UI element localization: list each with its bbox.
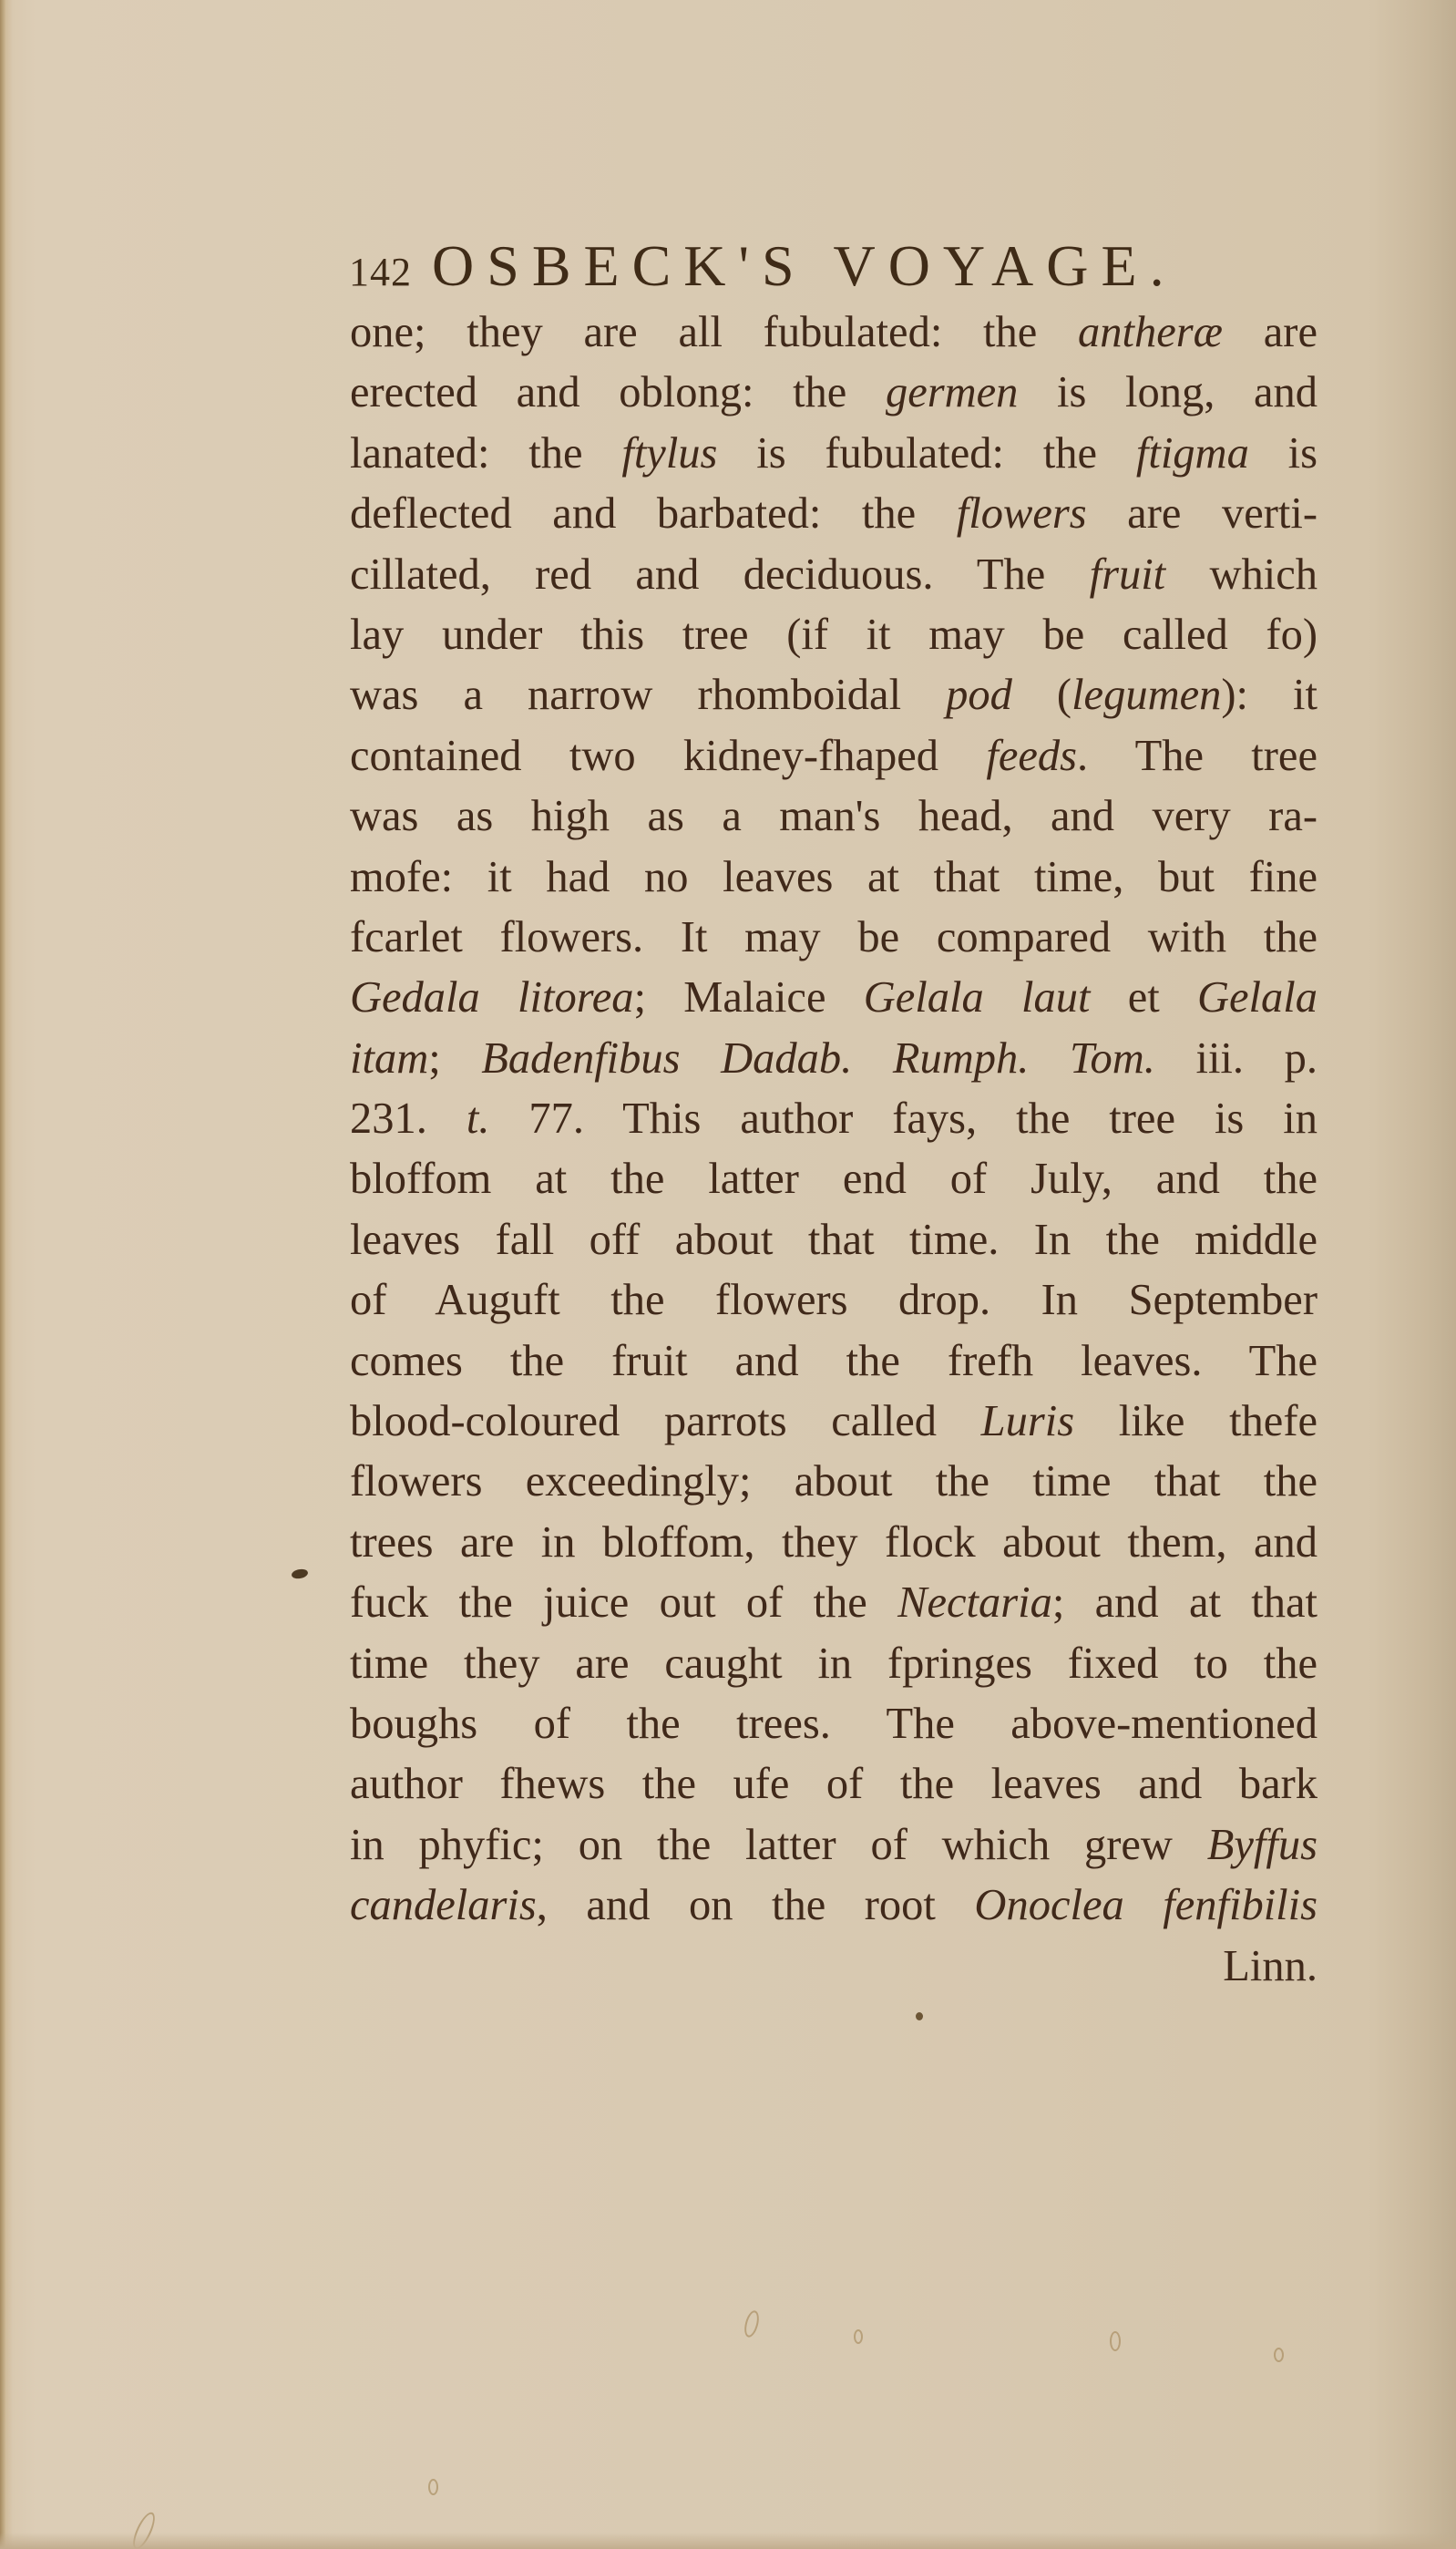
- text-line: one; they are all fubulated: the antheræ…: [350, 303, 1318, 363]
- italic-term: feeds: [986, 732, 1077, 780]
- italic-term: Nectaria: [897, 1578, 1052, 1627]
- margin-ink-mark: [291, 1568, 308, 1580]
- text-run: erected and oblong: the: [350, 368, 886, 416]
- text-run: lay under this tree (if it may be called…: [350, 611, 1318, 659]
- paper-foxing-spot: [1274, 2348, 1284, 2362]
- text-run: . The tree: [1077, 732, 1318, 780]
- text-line: trees are in bloffom, they flock about t…: [350, 1513, 1318, 1573]
- italic-term: Luris: [981, 1397, 1074, 1445]
- text-run: author fhews the ufe of the leaves and b…: [350, 1760, 1318, 1808]
- text-line: lanated: the ftylus is fubulated: the ft…: [350, 424, 1318, 484]
- italic-term: antheræ: [1078, 308, 1223, 356]
- body-text: one; they are all fubulated: the antheræ…: [350, 303, 1318, 1997]
- text-line: candelaris, and on the root Onoclea fenf…: [350, 1876, 1318, 1936]
- text-run: bloffom at the latter end of July, and t…: [350, 1155, 1318, 1203]
- text-run: (: [1012, 671, 1071, 719]
- paper-foxing-spot: [428, 2479, 438, 2495]
- text-run: iii. p.: [1155, 1034, 1318, 1083]
- italic-term: candelaris: [350, 1881, 537, 1929]
- text-line: leaves fall off about that time. In the …: [350, 1210, 1318, 1270]
- text-run: , and on the root: [537, 1881, 975, 1929]
- text-line: time they are caught in fpringes fixed t…: [350, 1634, 1318, 1694]
- text-line: bloffom at the latter end of July, and t…: [350, 1149, 1318, 1209]
- italic-term: itam: [350, 1034, 428, 1083]
- text-run: leaves fall off about that time. In the …: [350, 1216, 1318, 1264]
- text-run: one; they are all fubulated: the: [350, 308, 1078, 356]
- text-run: blood-coloured parrots called: [350, 1397, 981, 1445]
- ink-speck: [916, 2012, 923, 2020]
- italic-term: germen: [886, 368, 1018, 416]
- text-run: mofe: it had no leaves at that time, but…: [350, 853, 1318, 901]
- text-line: in phyfic; on the latter of which grew B…: [350, 1815, 1318, 1876]
- text-line: author fhews the ufe of the leaves and b…: [350, 1754, 1318, 1814]
- paper-foxing-spot: [742, 2309, 761, 2339]
- text-run: of Auguft the flowers drop. In September: [350, 1276, 1318, 1324]
- italic-term: flowers: [957, 489, 1087, 538]
- paper-foxing-spot: [128, 2510, 159, 2549]
- text-line: lay under this tree (if it may be called…: [350, 605, 1318, 665]
- text-run: lanated: the: [350, 429, 621, 478]
- text-run: fuck the juice out of the: [350, 1578, 897, 1627]
- italic-term: Gelala: [1197, 973, 1318, 1022]
- italic-term: Byffus: [1207, 1821, 1318, 1869]
- text-line: blood-coloured parrots called Luris like…: [350, 1392, 1318, 1452]
- text-line: mofe: it had no leaves at that time, but…: [350, 848, 1318, 908]
- text-run: boughs of the trees. The above-mentioned: [350, 1700, 1318, 1748]
- text-line: fuck the juice out of the Nectaria; and …: [350, 1573, 1318, 1633]
- text-run: 231.: [350, 1095, 467, 1143]
- text-run: are: [1223, 308, 1318, 356]
- page-number: 142: [349, 250, 412, 294]
- italic-term: fruit: [1090, 550, 1166, 599]
- italic-term: legumen: [1071, 671, 1221, 719]
- text-run: is long, and: [1018, 368, 1318, 416]
- page-gutter-edge: [0, 0, 5, 2549]
- text-run: was a narrow rhomboidal: [350, 671, 946, 719]
- text-run: trees are in bloffom, they flock about t…: [350, 1518, 1318, 1567]
- text-run: time they are caught in fpringes fixed t…: [350, 1639, 1318, 1688]
- text-line: fcarlet flowers. It may be compared with…: [350, 908, 1318, 968]
- text-line: deflected and barbated: the flowers are …: [350, 484, 1318, 544]
- text-run: in phyfic; on the latter of which grew: [350, 1821, 1207, 1869]
- paper-foxing-spot: [854, 2329, 863, 2344]
- italic-term: ftigma: [1136, 429, 1249, 478]
- italic-term: ftylus: [621, 429, 717, 478]
- text-line: was as high as a man's head, and very ra…: [350, 786, 1318, 847]
- text-line: boughs of the trees. The above-mentioned: [350, 1694, 1318, 1754]
- paper-foxing-spot: [1110, 2331, 1121, 2351]
- text-run: flowers exceedingly; about the time that…: [350, 1457, 1318, 1506]
- text-line: 231. t. 77. This author fays, the tree i…: [350, 1089, 1318, 1149]
- text-run: 77. This author fays, the tree is in: [489, 1095, 1318, 1143]
- italic-term: Badenfibus Dadab. Rumph. Tom.: [481, 1034, 1155, 1083]
- text-run: like thefe: [1074, 1397, 1318, 1445]
- text-line: was a narrow rhomboidal pod (legumen): i…: [350, 665, 1318, 725]
- running-head: 142OSBECK'S VOYAGE.: [349, 232, 1260, 305]
- text-line: flowers exceedingly; about the time that…: [350, 1452, 1318, 1512]
- text-run: deflected and barbated: the: [350, 489, 957, 538]
- text-run: contained two kidney-fhaped: [350, 732, 986, 780]
- text-run: comes the fruit and the frefh leaves. Th…: [350, 1337, 1318, 1385]
- text-run: ;: [428, 1034, 481, 1083]
- running-head-title: OSBECK'S VOYAGE.: [432, 233, 1177, 298]
- italic-term: Gelala laut: [864, 973, 1091, 1022]
- text-run: ; and at that: [1052, 1578, 1318, 1627]
- text-run: is: [1249, 429, 1318, 478]
- text-run: ): it: [1221, 671, 1318, 719]
- text-run: fcarlet flowers. It may be compared with…: [350, 913, 1318, 961]
- text-line: contained two kidney-fhaped feeds. The t…: [350, 726, 1318, 786]
- text-line: erected and oblong: the germen is long, …: [350, 363, 1318, 423]
- text-run: et: [1090, 973, 1197, 1022]
- text-run: are verti-: [1087, 489, 1318, 538]
- italic-term: Onoclea fenfibilis: [974, 1881, 1318, 1929]
- text-run: ; Malaice: [634, 973, 864, 1022]
- text-run: Linn.: [1223, 1942, 1318, 1990]
- text-run: was as high as a man's head, and very ra…: [350, 792, 1318, 840]
- text-run: cillated, red and deciduous. The: [350, 550, 1090, 599]
- text-line: comes the fruit and the frefh leaves. Th…: [350, 1331, 1318, 1392]
- italic-term: Gedala litorea: [350, 973, 634, 1022]
- text-line: Linn.: [350, 1937, 1318, 1997]
- italic-term: t.: [467, 1095, 490, 1143]
- text-line: of Auguft the flowers drop. In September: [350, 1270, 1318, 1331]
- text-line: Gedala litorea; Malaice Gelala laut et G…: [350, 968, 1318, 1028]
- text-line: cillated, red and deciduous. The fruit w…: [350, 545, 1318, 605]
- text-run: is fubulated: the: [717, 429, 1135, 478]
- text-run: which: [1165, 550, 1318, 599]
- book-page: 142OSBECK'S VOYAGE. one; they are all fu…: [0, 0, 1456, 2549]
- text-line: itam; Badenfibus Dadab. Rumph. Tom. iii.…: [350, 1029, 1318, 1089]
- italic-term: pod: [946, 671, 1012, 719]
